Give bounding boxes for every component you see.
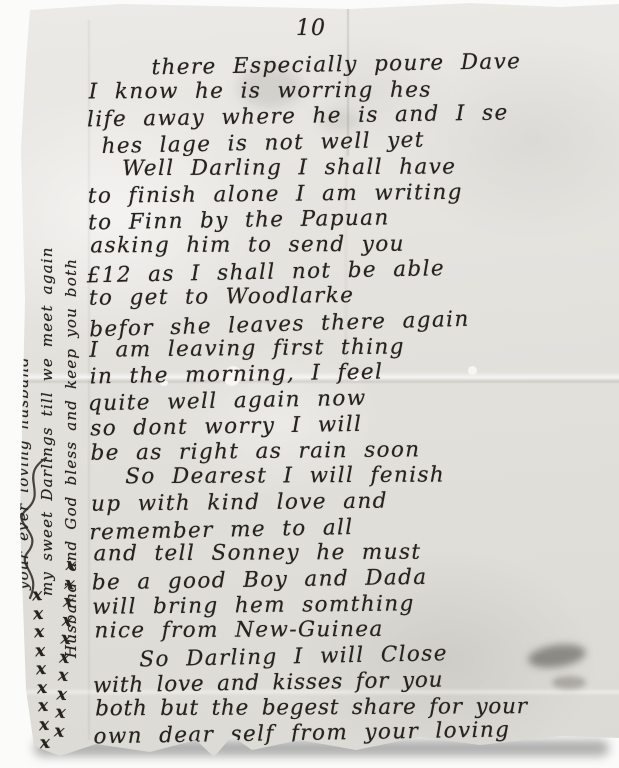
letter-body: there Especially poure Dave I know he is… xyxy=(86,49,618,748)
letter-paper: 10 there Especially poure Dave I know he… xyxy=(0,0,619,768)
signature-flourish xyxy=(8,452,54,602)
handwritten-line: So Dearest I will fenish xyxy=(93,462,618,490)
handwritten-line: Well Darling I shall have xyxy=(90,153,615,181)
kisses-column-2: xxxxxxxxx xyxy=(32,586,55,753)
scanned-letter-page: 10 there Especially poure Dave I know he… xyxy=(0,0,619,768)
page-number: 10 xyxy=(296,16,326,41)
